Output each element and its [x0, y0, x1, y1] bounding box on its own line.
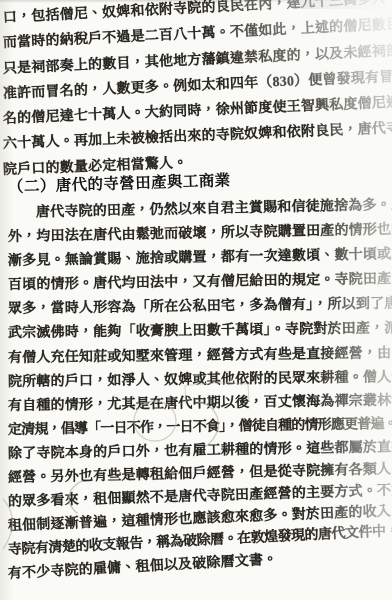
- paragraph-main: 唐代寺院的田產，仍然以來自君主賞賜和信徒施捨為多。此外，均田法在唐代由鬆弛而破壞…: [8, 202, 392, 588]
- paragraph-continued: 口，包括僧尼、奴婢和依附寺院的良民在內，達九十三萬多人，而當時的納稅戶不過是二百…: [3, 6, 392, 183]
- document-page: 口，包括僧尼、奴婢和依附寺院的良民在內，達九十三萬多人，而當時的納稅戶不過是二百…: [0, 0, 392, 600]
